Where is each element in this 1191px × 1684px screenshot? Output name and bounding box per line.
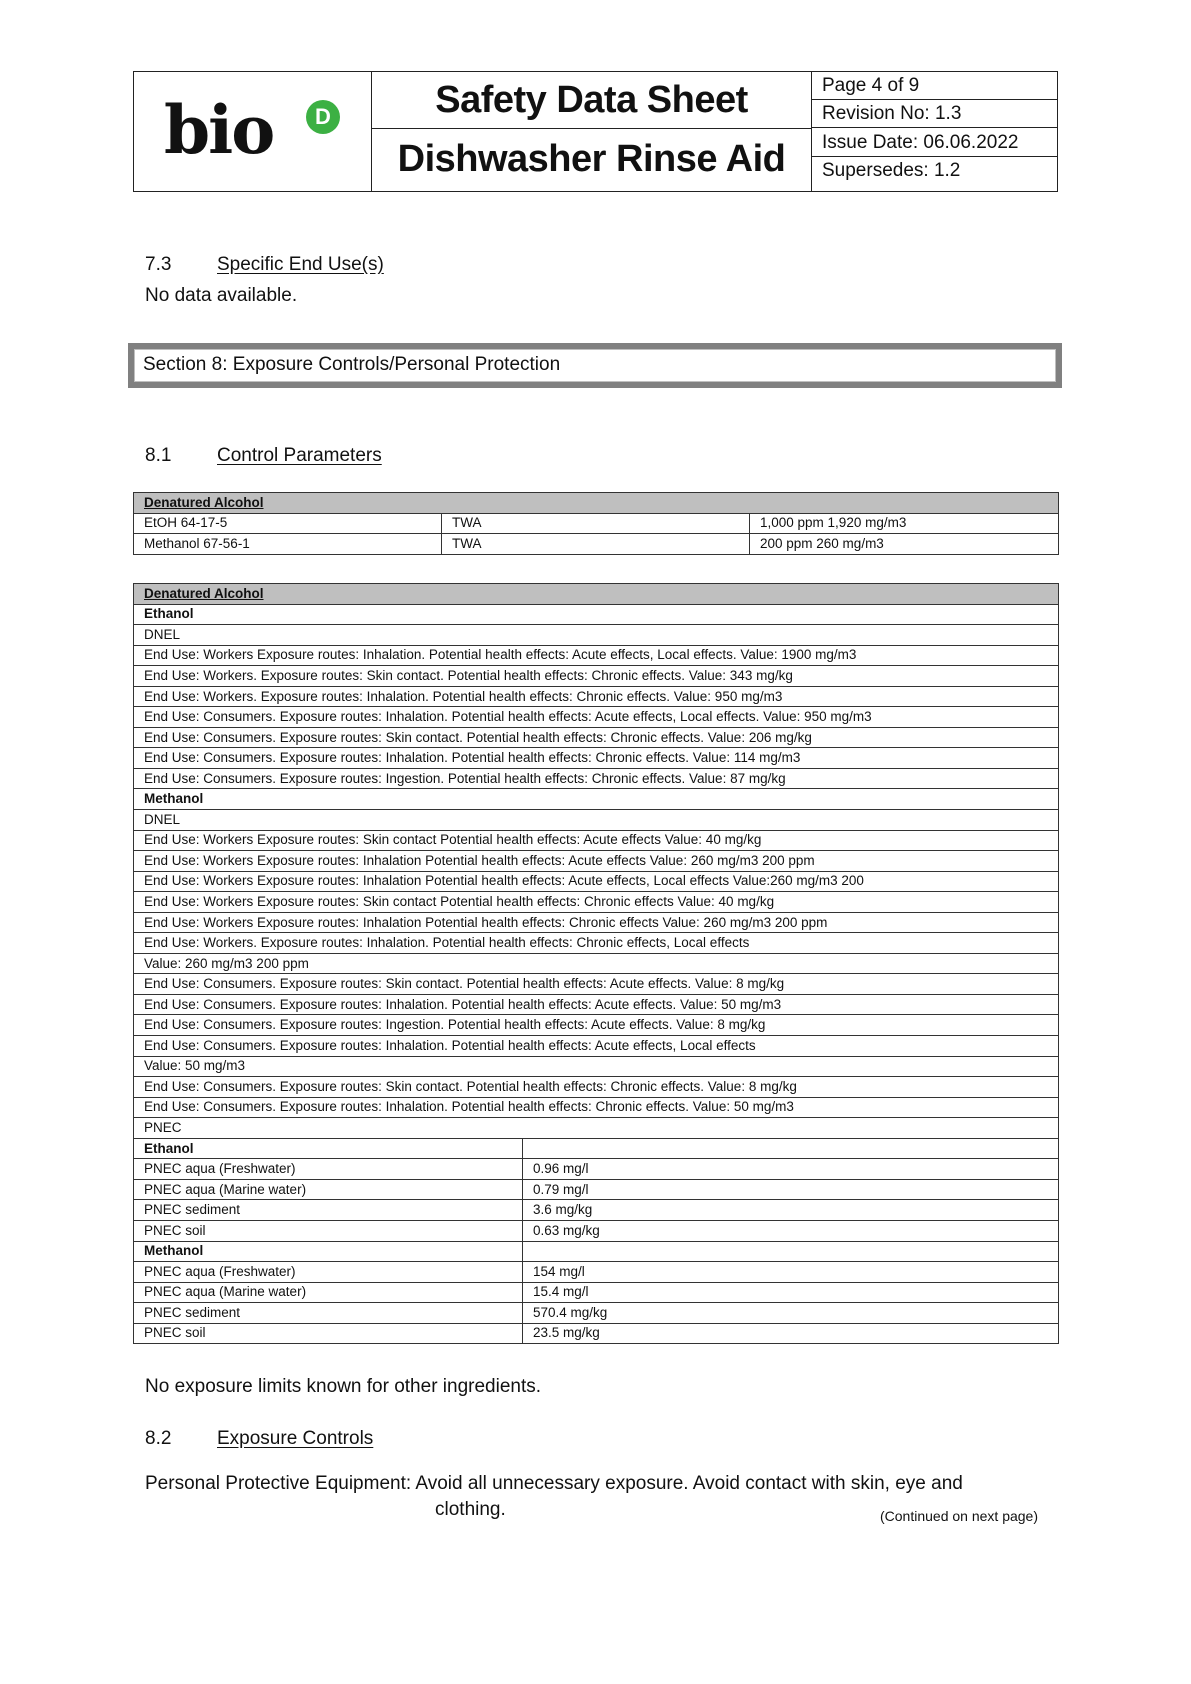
table-row: End Use: Workers. Exposure routes: Inhal… bbox=[134, 686, 1059, 707]
product-name: Dishwasher Rinse Aid bbox=[372, 129, 811, 193]
section-8-2-title: Exposure Controls bbox=[217, 1428, 373, 1450]
table-cell: PNEC aqua (Freshwater) bbox=[134, 1159, 523, 1180]
table-row: End Use: Consumers. Exposure routes: Ing… bbox=[134, 1015, 1059, 1036]
section-8-banner: Section 8: Exposure Controls/Personal Pr… bbox=[128, 343, 1062, 388]
table-row: Methanol 67-56-1TWA200 ppm 260 mg/m3 bbox=[134, 534, 1059, 555]
section-8-2-number: 8.2 bbox=[145, 1428, 171, 1450]
table-cell: Ethanol bbox=[134, 1138, 523, 1159]
table-row: End Use: Consumers. Exposure routes: Ski… bbox=[134, 1077, 1059, 1098]
table-cell: 1,000 ppm 1,920 mg/m3 bbox=[750, 513, 1059, 534]
table-row: PNEC soil23.5 mg/kg bbox=[134, 1323, 1059, 1344]
table-row: End Use: Workers. Exposure routes: Skin … bbox=[134, 666, 1059, 687]
table-cell: PNEC bbox=[134, 1118, 1059, 1139]
table-row: End Use: Workers Exposure routes: Inhala… bbox=[134, 645, 1059, 666]
dnel-label-row: DNEL bbox=[134, 625, 1059, 646]
ppe-text-line-1: Personal Protective Equipment: Avoid all… bbox=[145, 1473, 963, 1495]
substance-row: Ethanol bbox=[134, 604, 1059, 625]
table-cell: End Use: Workers Exposure routes: Inhala… bbox=[134, 912, 1059, 933]
table-cell: End Use: Consumers. Exposure routes: Inh… bbox=[134, 1097, 1059, 1118]
logo-text: bio bbox=[164, 90, 273, 170]
table-cell: Denatured Alcohol bbox=[134, 584, 1059, 605]
table-header-row: Denatured Alcohol bbox=[134, 584, 1059, 605]
section-8-1-number: 8.1 bbox=[145, 445, 171, 467]
substance-row: Methanol bbox=[134, 1241, 1059, 1262]
ppe-text-line-2: clothing. bbox=[435, 1499, 506, 1521]
table-cell: Value: 50 mg/m3 bbox=[134, 1056, 1059, 1077]
table-cell: End Use: Consumers. Exposure routes: Ski… bbox=[134, 727, 1059, 748]
dnel-pnec-table: Denatured AlcoholEthanolDNELEnd Use: Wor… bbox=[133, 583, 1059, 1344]
table-row: End Use: Workers Exposure routes: Skin c… bbox=[134, 830, 1059, 851]
table-cell: PNEC soil bbox=[134, 1323, 523, 1344]
table-cell: End Use: Workers. Exposure routes: Inhal… bbox=[134, 933, 1059, 954]
table-row: End Use: Consumers. Exposure routes: Inh… bbox=[134, 707, 1059, 728]
table-cell: End Use: Workers Exposure routes: Skin c… bbox=[134, 892, 1059, 913]
table-cell: DNEL bbox=[134, 810, 1059, 831]
section-7-3-title: Specific End Use(s) bbox=[217, 254, 384, 276]
dnel-label-row: DNEL bbox=[134, 810, 1059, 831]
table-row: End Use: Consumers. Exposure routes: Inh… bbox=[134, 994, 1059, 1015]
table-cell: 15.4 mg/l bbox=[523, 1282, 1059, 1303]
logo-badge-icon: D bbox=[306, 100, 340, 134]
table-row: PNEC aqua (Marine water)0.79 mg/l bbox=[134, 1179, 1059, 1200]
pnec-label-row: PNEC bbox=[134, 1118, 1059, 1139]
continued-note: (Continued on next page) bbox=[880, 1508, 1038, 1524]
table-row: PNEC aqua (Freshwater)154 mg/l bbox=[134, 1262, 1059, 1283]
issue-date: Issue Date: 06.06.2022 bbox=[812, 129, 1058, 157]
table-row: PNEC aqua (Marine water)15.4 mg/l bbox=[134, 1282, 1059, 1303]
supersedes: Supersedes: 1.2 bbox=[812, 157, 1058, 185]
section-7-3-number: 7.3 bbox=[145, 254, 171, 276]
table-cell: DNEL bbox=[134, 625, 1059, 646]
table-cell bbox=[523, 1241, 1059, 1262]
table-cell: End Use: Workers Exposure routes: Inhala… bbox=[134, 645, 1059, 666]
table-cell: End Use: Workers Exposure routes: Inhala… bbox=[134, 871, 1059, 892]
section-7-3-text: No data available. bbox=[145, 285, 297, 307]
table-cell: Methanol bbox=[134, 789, 1059, 810]
table-cell: 200 ppm 260 mg/m3 bbox=[750, 534, 1059, 555]
table-cell: End Use: Consumers. Exposure routes: Inh… bbox=[134, 994, 1059, 1015]
table-row: Value: 50 mg/m3 bbox=[134, 1056, 1059, 1077]
substance-row: Ethanol bbox=[134, 1138, 1059, 1159]
revision-number: Revision No: 1.3 bbox=[812, 100, 1058, 128]
bio-d-logo: bio D bbox=[164, 90, 349, 170]
table-cell: Denatured Alcohol bbox=[134, 493, 1059, 514]
table-cell: 23.5 mg/kg bbox=[523, 1323, 1059, 1344]
table-cell: 154 mg/l bbox=[523, 1262, 1059, 1283]
table-cell: 0.63 mg/kg bbox=[523, 1220, 1059, 1241]
table-cell: End Use: Workers Exposure routes: Inhala… bbox=[134, 851, 1059, 872]
table-row: End Use: Consumers. Exposure routes: Ing… bbox=[134, 768, 1059, 789]
table-cell: End Use: Workers. Exposure routes: Skin … bbox=[134, 666, 1059, 687]
table-cell: End Use: Consumers. Exposure routes: Ing… bbox=[134, 768, 1059, 789]
page-number: Page 4 of 9 bbox=[812, 72, 1058, 100]
table-cell: 570.4 mg/kg bbox=[523, 1303, 1059, 1324]
table-cell: PNEC sediment bbox=[134, 1303, 523, 1324]
table-row: Value: 260 mg/m3 200 ppm bbox=[134, 953, 1059, 974]
table-row: End Use: Consumers. Exposure routes: Inh… bbox=[134, 748, 1059, 769]
control-parameters-table: Denatured AlcoholEtOH 64-17-5TWA1,000 pp… bbox=[133, 492, 1059, 555]
table-cell: End Use: Workers. Exposure routes: Inhal… bbox=[134, 686, 1059, 707]
no-exposure-limits-note: No exposure limits known for other ingre… bbox=[145, 1376, 541, 1398]
section-8-title: Section 8: Exposure Controls/Personal Pr… bbox=[134, 349, 1056, 382]
table-row: End Use: Workers. Exposure routes: Inhal… bbox=[134, 933, 1059, 954]
table-row: End Use: Workers Exposure routes: Inhala… bbox=[134, 912, 1059, 933]
table-row: End Use: Consumers. Exposure routes: Ski… bbox=[134, 974, 1059, 995]
table-cell: Ethanol bbox=[134, 604, 1059, 625]
table-row: End Use: Workers Exposure routes: Skin c… bbox=[134, 892, 1059, 913]
table-row: End Use: Consumers. Exposure routes: Inh… bbox=[134, 1036, 1059, 1057]
document-title: Safety Data Sheet bbox=[372, 72, 811, 129]
table-row: PNEC sediment570.4 mg/kg bbox=[134, 1303, 1059, 1324]
table-cell: End Use: Consumers. Exposure routes: Inh… bbox=[134, 707, 1059, 728]
table-cell: Value: 260 mg/m3 200 ppm bbox=[134, 953, 1059, 974]
table-row: End Use: Workers Exposure routes: Inhala… bbox=[134, 871, 1059, 892]
table-cell: 0.79 mg/l bbox=[523, 1179, 1059, 1200]
table-row: EtOH 64-17-5TWA1,000 ppm 1,920 mg/m3 bbox=[134, 513, 1059, 534]
table-cell: EtOH 64-17-5 bbox=[134, 513, 442, 534]
document-info: Page 4 of 9 Revision No: 1.3 Issue Date:… bbox=[812, 72, 1058, 191]
table-cell: TWA bbox=[442, 513, 750, 534]
table-cell: End Use: Consumers. Exposure routes: Ski… bbox=[134, 1077, 1059, 1098]
table-cell: End Use: Consumers. Exposure routes: Inh… bbox=[134, 748, 1059, 769]
table-header-row: Denatured Alcohol bbox=[134, 493, 1059, 514]
table-cell: PNEC aqua (Freshwater) bbox=[134, 1262, 523, 1283]
table-cell: PNEC aqua (Marine water) bbox=[134, 1282, 523, 1303]
table-cell: PNEC soil bbox=[134, 1220, 523, 1241]
table-cell: Methanol 67-56-1 bbox=[134, 534, 442, 555]
table-row: End Use: Consumers. Exposure routes: Inh… bbox=[134, 1097, 1059, 1118]
table-cell: 3.6 mg/kg bbox=[523, 1200, 1059, 1221]
table-cell: End Use: Consumers. Exposure routes: Ing… bbox=[134, 1015, 1059, 1036]
table-cell: 0.96 mg/l bbox=[523, 1159, 1059, 1180]
table-row: PNEC soil0.63 mg/kg bbox=[134, 1220, 1059, 1241]
table-cell bbox=[523, 1138, 1059, 1159]
table-cell: End Use: Workers Exposure routes: Skin c… bbox=[134, 830, 1059, 851]
table-row: End Use: Consumers. Exposure routes: Ski… bbox=[134, 727, 1059, 748]
substance-row: Methanol bbox=[134, 789, 1059, 810]
table-cell: Methanol bbox=[134, 1241, 523, 1262]
table-cell: End Use: Consumers. Exposure routes: Inh… bbox=[134, 1036, 1059, 1057]
document-header: bio D Safety Data Sheet Dishwasher Rinse… bbox=[133, 71, 1058, 192]
logo-cell: bio D bbox=[134, 72, 372, 191]
title-cell: Safety Data Sheet Dishwasher Rinse Aid bbox=[372, 72, 812, 191]
table-cell: PNEC aqua (Marine water) bbox=[134, 1179, 523, 1200]
table-cell: TWA bbox=[442, 534, 750, 555]
table-row: PNEC sediment3.6 mg/kg bbox=[134, 1200, 1059, 1221]
table-cell: End Use: Consumers. Exposure routes: Ski… bbox=[134, 974, 1059, 995]
table-cell: PNEC sediment bbox=[134, 1200, 523, 1221]
section-8-1-title: Control Parameters bbox=[217, 445, 382, 467]
table-row: End Use: Workers Exposure routes: Inhala… bbox=[134, 851, 1059, 872]
table-row: PNEC aqua (Freshwater)0.96 mg/l bbox=[134, 1159, 1059, 1180]
